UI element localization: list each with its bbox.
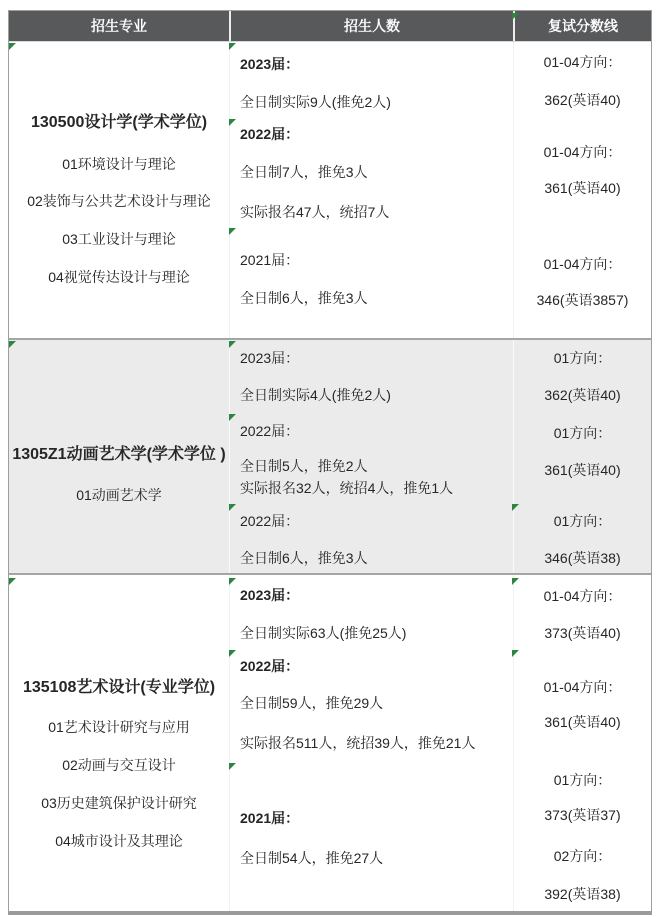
score-value: 361(英语40)	[514, 459, 651, 481]
cohort-label: 2022届：	[240, 420, 299, 442]
enrollment-line: 实际报名511人，统招39人，推免21人	[240, 732, 475, 754]
enrollment-line: 实际报名47人，统招7人	[240, 201, 389, 223]
score-value: 346(英语38)	[514, 547, 651, 569]
cohort-label: 2021届：	[240, 249, 299, 271]
table-row-135108: 135108艺术设计(专业学位) 01艺术设计研究与应用 02动画与交互设计 0…	[9, 573, 651, 911]
enrollment-line: 全日制54人，推免27人	[240, 847, 383, 869]
direction-item: 01艺术设计研究与应用	[9, 716, 229, 738]
score-cell: 01-04方向： 362(英语40) 01-04方向： 361(英语40) 01…	[513, 42, 651, 338]
cohort-label: 2022届：	[240, 123, 299, 145]
admissions-table: 招生专业 招生人数 复试分数线 130500设计学(学术学位) 01环境设计与理…	[8, 10, 652, 915]
enrollment-cell: 2023届： 全日制实际9人(推免2人) 2022届： 全日制7人，推免3人 实…	[229, 42, 513, 338]
score-direction-label: 01-04方向：	[514, 141, 651, 163]
score-value: 362(英语40)	[514, 89, 651, 111]
score-value: 373(英语37)	[514, 804, 651, 826]
score-direction-label: 01方向：	[514, 510, 651, 532]
score-direction-label: 01-04方向：	[514, 676, 651, 698]
score-direction-label: 01-04方向：	[514, 51, 651, 73]
cohort-label: 2023届：	[240, 584, 299, 606]
score-value: 392(英语38)	[514, 883, 651, 905]
cohort-label: 2023届：	[240, 53, 299, 75]
score-direction-label: 01方向：	[514, 769, 651, 791]
direction-item: 01动画艺术学	[9, 484, 229, 506]
direction-item: 02装饰与公共艺术设计与理论	[9, 190, 229, 212]
enrollment-line: 全日制实际63人(推免25人)	[240, 622, 406, 644]
direction-item: 03历史建筑保护设计研究	[9, 792, 229, 814]
score-direction-label: 01方向：	[514, 347, 651, 369]
enrollment-line: 实际报名32人，统招4人，推免1人	[240, 477, 453, 499]
score-direction-label: 01-04方向：	[514, 585, 651, 607]
enrollment-line: 全日制5人，推免2人	[240, 455, 368, 477]
header-cell-enrollment: 招生人数	[229, 11, 513, 41]
table-row-130500: 130500设计学(学术学位) 01环境设计与理论 02装饰与公共艺术设计与理论…	[9, 41, 651, 338]
admissions-table-page: 招生专业 招生人数 复试分数线 130500设计学(学术学位) 01环境设计与理…	[0, 0, 660, 918]
score-direction-label: 02方向：	[514, 845, 651, 867]
direction-item: 04视觉传达设计与理论	[9, 266, 229, 288]
direction-item: 01环境设计与理论	[9, 153, 229, 175]
score-direction-label: 01方向：	[514, 422, 651, 444]
enrollment-line: 全日制59人，推免29人	[240, 692, 383, 714]
score-cell: 01方向： 362(英语40) 01方向： 361(英语40) 01方向： 34…	[513, 340, 651, 573]
score-value: 346(英语3857)	[514, 289, 651, 311]
direction-item: 03工业设计与理论	[9, 228, 229, 250]
score-value: 361(英语40)	[514, 711, 651, 733]
major-cell: 1305Z1动画艺术学(学术学位 ) 01动画艺术学	[9, 340, 229, 573]
cohort-label: 2022届：	[240, 655, 299, 677]
enrollment-line: 全日制7人，推免3人	[240, 161, 368, 183]
enrollment-line: 全日制实际9人(推免2人)	[240, 91, 391, 113]
score-value: 362(英语40)	[514, 384, 651, 406]
enrollment-line: 全日制6人，推免3人	[240, 287, 368, 309]
header-cell-major: 招生专业	[9, 11, 229, 41]
major-cell: 130500设计学(学术学位) 01环境设计与理论 02装饰与公共艺术设计与理论…	[9, 42, 229, 338]
enrollment-cell: 2023届： 全日制实际4人(推免2人) 2022届： 全日制5人，推免2人 实…	[229, 340, 513, 573]
major-title: 135108艺术设计(专业学位)	[9, 677, 229, 699]
score-value: 361(英语40)	[514, 177, 651, 199]
enrollment-line: 全日制6人，推免3人	[240, 547, 368, 569]
score-value: 373(英语40)	[514, 622, 651, 644]
score-cell: 01-04方向： 373(英语40) 01-04方向： 361(英语40) 01…	[513, 575, 651, 911]
major-title: 1305Z1动画艺术学(学术学位 )	[9, 444, 229, 466]
major-title: 130500设计学(学术学位)	[9, 112, 229, 134]
major-cell: 135108艺术设计(专业学位) 01艺术设计研究与应用 02动画与交互设计 0…	[9, 575, 229, 911]
cohort-label: 2022届：	[240, 510, 299, 532]
enrollment-cell: 2023届： 全日制实际63人(推免25人) 2022届： 全日制59人，推免2…	[229, 575, 513, 911]
table-header: 招生专业 招生人数 复试分数线	[9, 11, 651, 41]
enrollment-line: 全日制实际4人(推免2人)	[240, 384, 391, 406]
cohort-label: 2023届：	[240, 347, 299, 369]
cohort-label: 2021届：	[240, 807, 299, 829]
header-cell-score: 复试分数线	[513, 11, 651, 41]
direction-item: 04城市设计及其理论	[9, 830, 229, 852]
direction-item: 02动画与交互设计	[9, 754, 229, 776]
score-direction-label: 01-04方向：	[514, 253, 651, 275]
table-row-1305z1: 1305Z1动画艺术学(学术学位 ) 01动画艺术学 2023届： 全日制实际4…	[9, 338, 651, 573]
